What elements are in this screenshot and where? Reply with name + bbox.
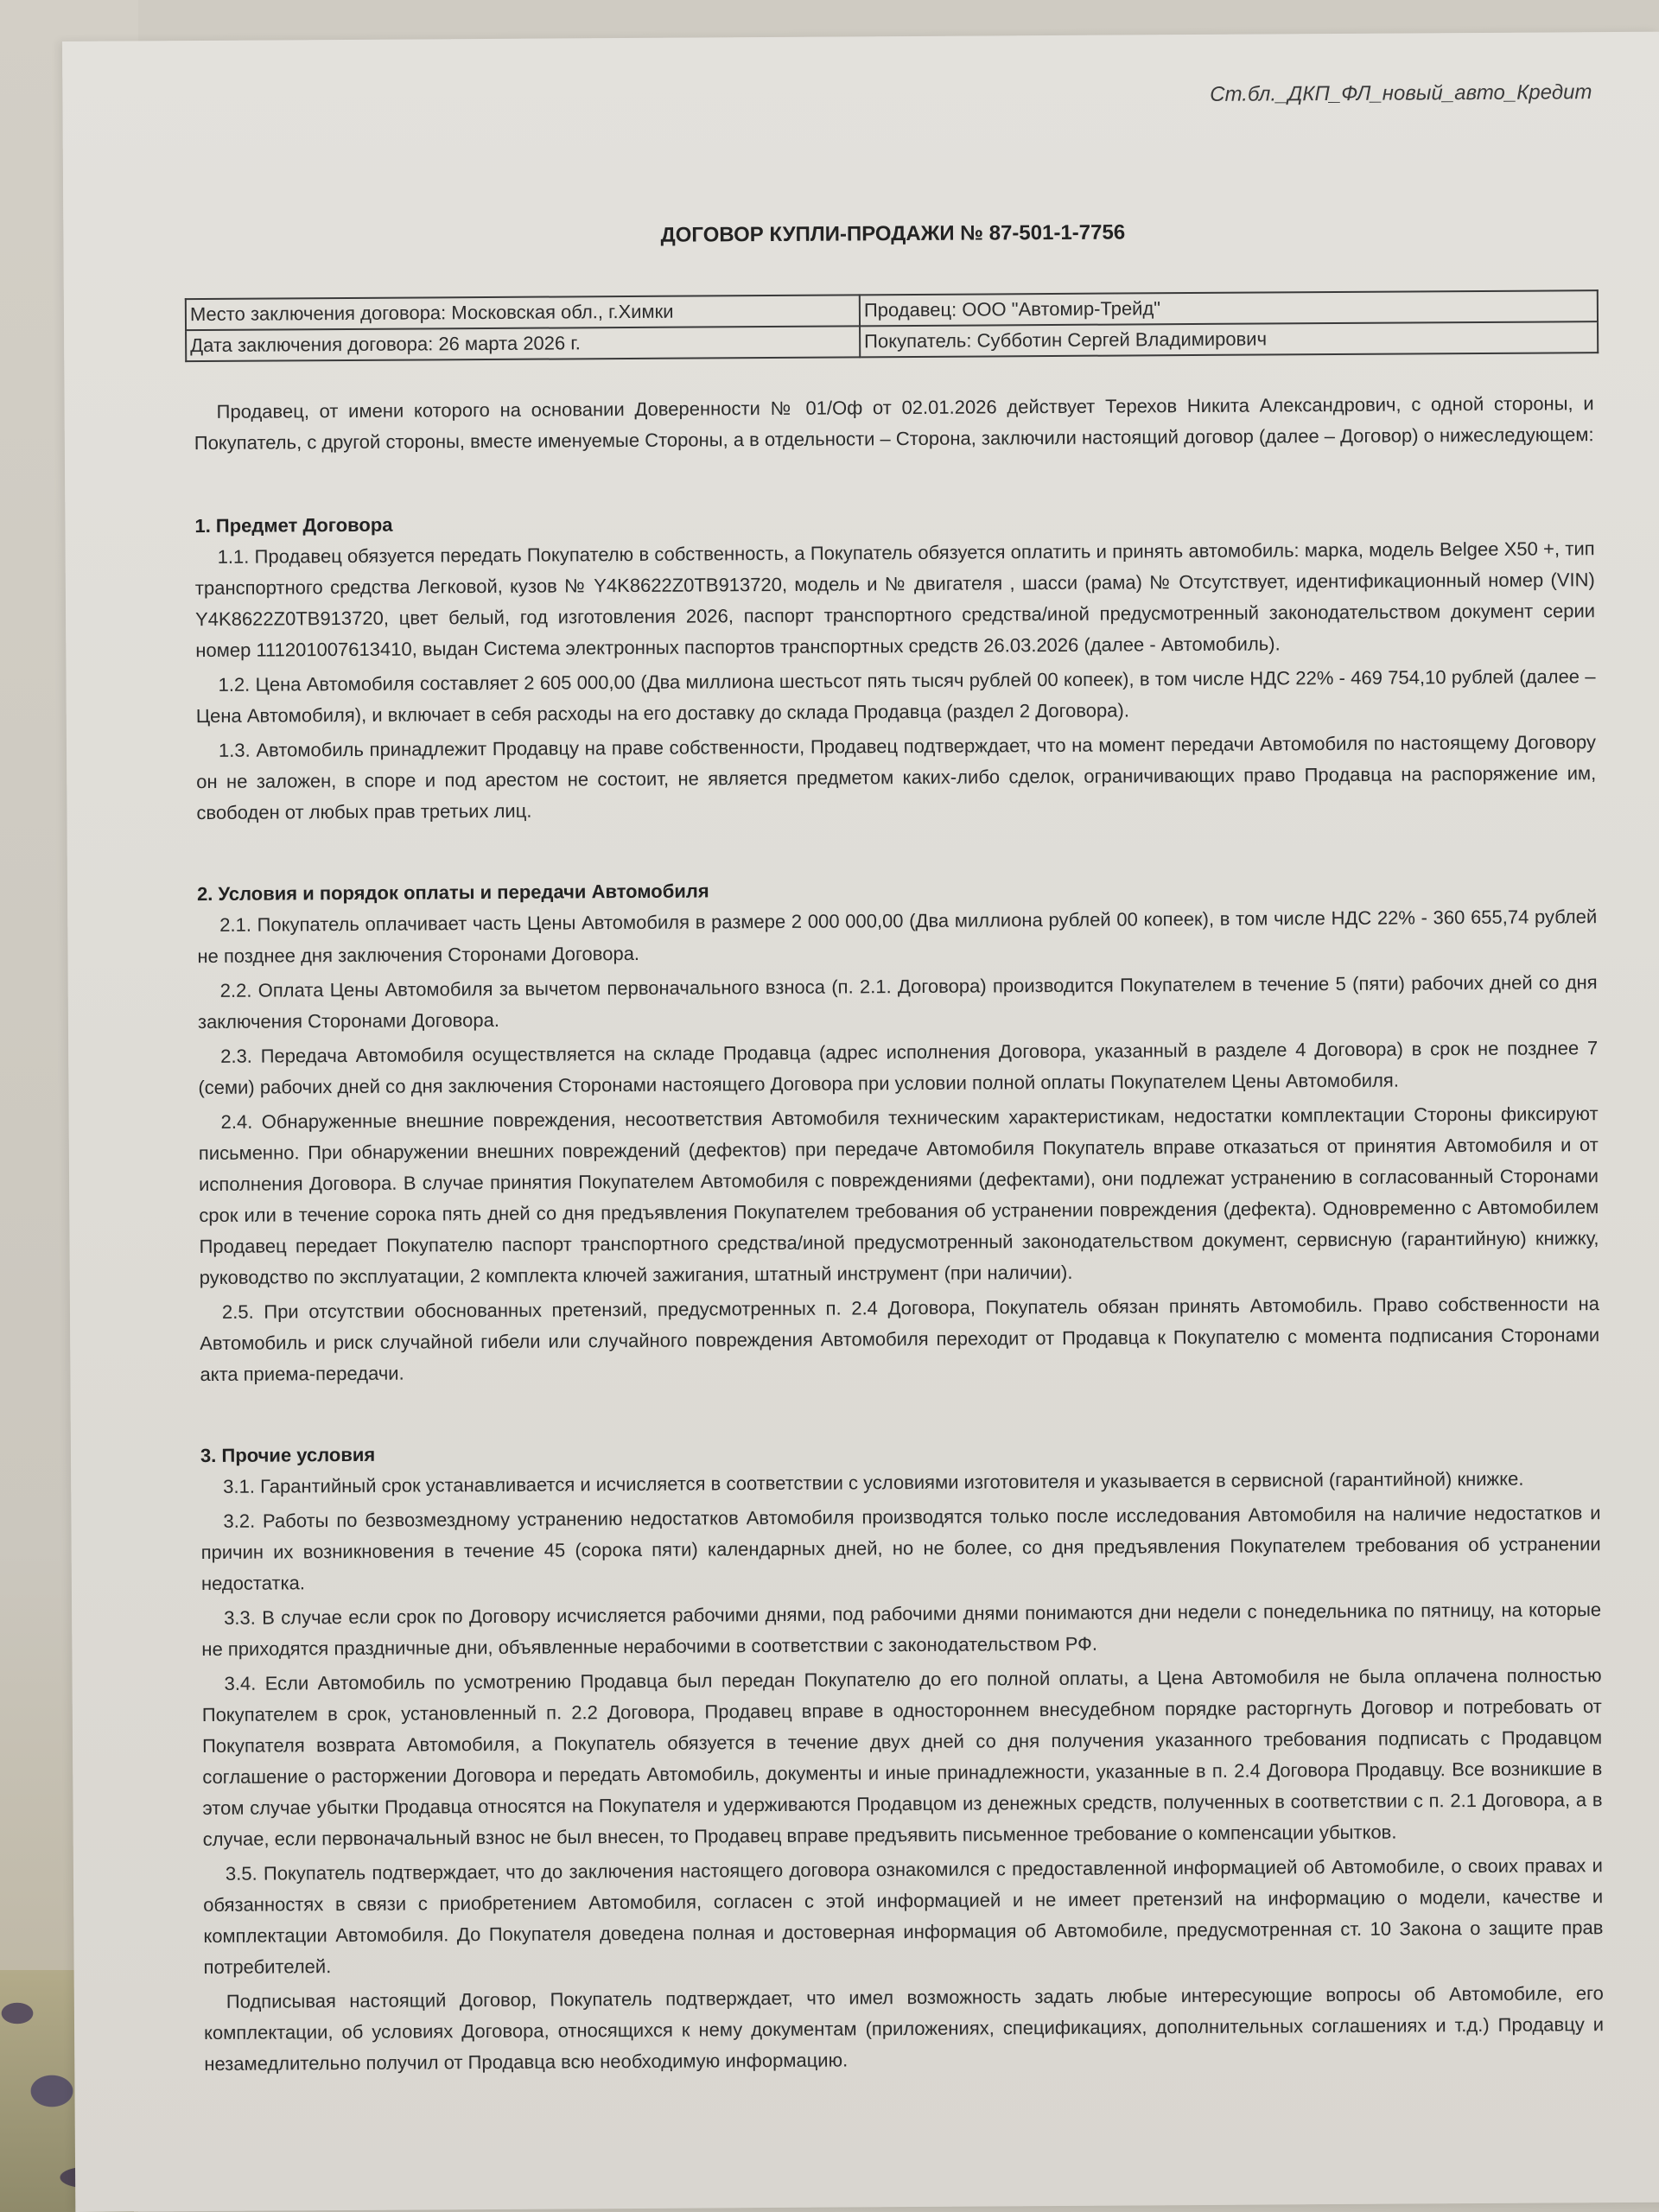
seller-cell: Продавец: ООО "Автомир-Трейд" [860, 290, 1598, 326]
clause-2-1: 2.1. Покупатель оплачивает часть Цены Ав… [197, 901, 1597, 972]
clause-2-4: 2.4. Обнаруженные внешние повреждения, н… [199, 1098, 1599, 1294]
clause-1-1: 1.1. Продавец обязуется передать Покупат… [195, 533, 1596, 666]
clause-2-5: 2.5. При отсутствии обоснованных претенз… [200, 1288, 1600, 1390]
clause-1-3: 1.3. Автомобиль принадлежит Продавцу на … [196, 727, 1597, 829]
place-of-contract: Место заключения договора: Московская об… [186, 295, 860, 330]
date-of-contract: Дата заключения договора: 26 марта 2026 … [186, 326, 860, 361]
section-other-terms: 3. Прочие условия 3.1. Гарантийный срок … [200, 1432, 1604, 2080]
clause-2-2: 2.2. Оплата Цены Автомобиля за вычетом п… [198, 967, 1598, 1038]
intro-paragraph: Продавец, от имени которого на основании… [194, 388, 1594, 459]
page-content: Ст.бл._ДКП_ФЛ_новый_авто_Кредит ДОГОВОР … [192, 32, 1592, 41]
section-payment: 2. Условия и порядок оплаты и передачи А… [197, 870, 1600, 1390]
buyer-cell: Покупатель: Субботин Сергей Владимирович [860, 321, 1598, 357]
clause-3-2: 3.2. Работы по безвозмездному устранению… [200, 1497, 1601, 1599]
clause-3-3: 3.3. В случае если срок по Договору исчи… [201, 1594, 1601, 1665]
contract-body: Продавец, от имени которого на основании… [194, 388, 1605, 2130]
contract-page: Ст.бл._ДКП_ФЛ_новый_авто_Кредит ДОГОВОР … [62, 32, 1659, 2212]
closing-paragraph: Подписывая настоящий Договор, Покупатель… [204, 1978, 1605, 2080]
document-title: ДОГОВОР КУПЛИ-ПРОДАЖИ № 87-501-1-7756 [193, 218, 1592, 251]
clause-2-3: 2.3. Передача Автомобиля осуществляется … [198, 1033, 1598, 1103]
contract-info-table: Место заключения договора: Московская об… [185, 289, 1599, 362]
section-subject: 1. Предмет Договора 1.1. Продавец обязуе… [194, 502, 1596, 829]
clause-1-2: 1.2. Цена Автомобиля составляет 2 605 00… [195, 661, 1595, 732]
clause-3-4: 3.4. Если Автомобиль по усмотрению Прода… [202, 1660, 1603, 1855]
form-identifier: Ст.бл._ДКП_ФЛ_новый_авто_Кредит [1210, 80, 1592, 107]
clause-3-5: 3.5. Покупатель подтверждает, что до зак… [203, 1850, 1604, 1983]
